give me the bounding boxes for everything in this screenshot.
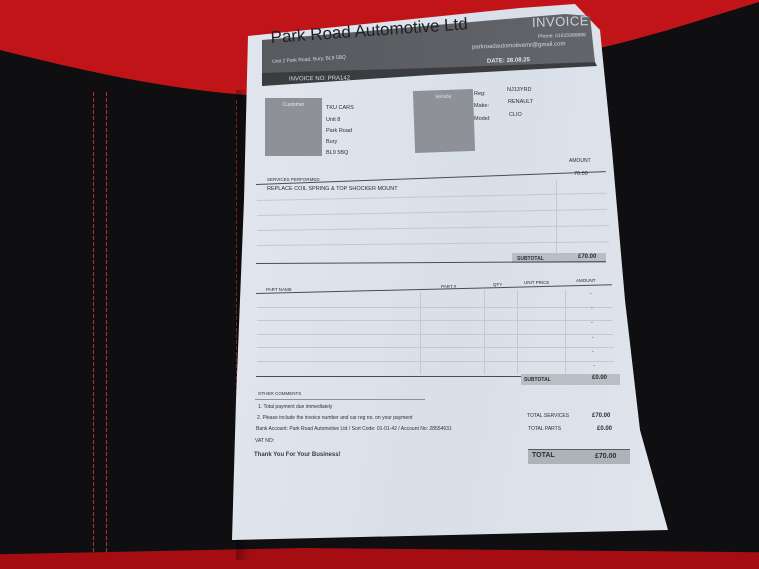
column-divider bbox=[565, 290, 566, 374]
red-seat-fabric-bottom bbox=[0, 548, 759, 569]
customer-label: Customer bbox=[265, 102, 322, 108]
row-rule bbox=[257, 334, 613, 335]
bank-details: Bank Account: Park Road Automotive Ltd /… bbox=[256, 426, 452, 432]
document-title: INVOICE bbox=[532, 13, 589, 30]
vehicle-model: CLIO bbox=[509, 112, 522, 118]
parts-subtotal-label: SUBTOTAL bbox=[524, 377, 551, 383]
column-divider bbox=[484, 290, 485, 374]
vehicle-field-label: Make: bbox=[474, 103, 489, 109]
customer-box: Customer bbox=[265, 98, 322, 156]
vehicle-box: Vehicle bbox=[413, 89, 475, 153]
row-rule bbox=[257, 320, 612, 321]
total-label: TOTAL bbox=[532, 452, 555, 459]
vehicle-field-label: Reg: bbox=[474, 91, 486, 97]
parts-header-amount: AMOUNT bbox=[576, 278, 596, 283]
seat-stitching bbox=[93, 92, 94, 552]
row-rule bbox=[257, 361, 614, 362]
row-rule bbox=[257, 347, 614, 348]
total-parts-label: TOTAL PARTS bbox=[528, 426, 561, 432]
thank-you-message: Thank You For Your Business! bbox=[254, 452, 341, 458]
part-amount: - bbox=[593, 363, 595, 369]
customer-line: Unit 8 bbox=[326, 117, 340, 123]
customer-line: Park Road bbox=[326, 128, 352, 134]
total-services: £70.00 bbox=[592, 413, 610, 419]
vat-number: VAT NO: bbox=[255, 438, 274, 444]
services-subtotal: £70.00 bbox=[578, 254, 596, 260]
seat-stitching bbox=[106, 92, 107, 552]
service-amount: 70.00 bbox=[574, 171, 588, 177]
total-parts: £0.00 bbox=[597, 426, 612, 432]
customer-line: TKU CARS bbox=[326, 105, 354, 111]
grand-total: £70.00 bbox=[595, 453, 616, 460]
part-amount: - bbox=[591, 305, 593, 311]
comment-line: 1. Total payment due immediately bbox=[258, 404, 332, 410]
comments-header: OTHER COMMENTS bbox=[258, 391, 301, 396]
parts-subtotal: £0.00 bbox=[592, 375, 607, 381]
vehicle-reg: NJ13YRD bbox=[507, 87, 531, 93]
part-amount: - bbox=[592, 335, 594, 341]
row-rule bbox=[257, 307, 612, 308]
column-divider bbox=[517, 290, 518, 374]
invoice-number: INVOICE NO: PRA142 bbox=[289, 75, 350, 82]
part-amount: - bbox=[591, 320, 593, 326]
column-divider bbox=[420, 292, 421, 374]
part-amount: - bbox=[592, 349, 594, 355]
column-divider bbox=[556, 180, 557, 258]
parts-header-unit-price: UNIT PRICE bbox=[524, 280, 549, 285]
customer-line: BL9 5BQ bbox=[326, 150, 348, 156]
customer-line: Bury bbox=[326, 139, 337, 145]
service-description: REPLACE COIL SPRING & TOP SHOCKER MOUNT bbox=[267, 186, 398, 192]
services-amount-header: AMOUNT bbox=[569, 158, 591, 164]
vehicle-label: Vehicle bbox=[413, 93, 473, 101]
vehicle-make: RENAULT bbox=[508, 99, 533, 105]
comments-rule bbox=[255, 399, 425, 400]
invoice-paper bbox=[0, 0, 759, 569]
part-amount: - bbox=[590, 291, 592, 297]
vehicle-field-label: Model: bbox=[474, 116, 491, 122]
total-services-label: TOTAL SERVICES bbox=[527, 413, 569, 419]
comment-line: 2. Please include the invoice number and… bbox=[257, 415, 412, 421]
